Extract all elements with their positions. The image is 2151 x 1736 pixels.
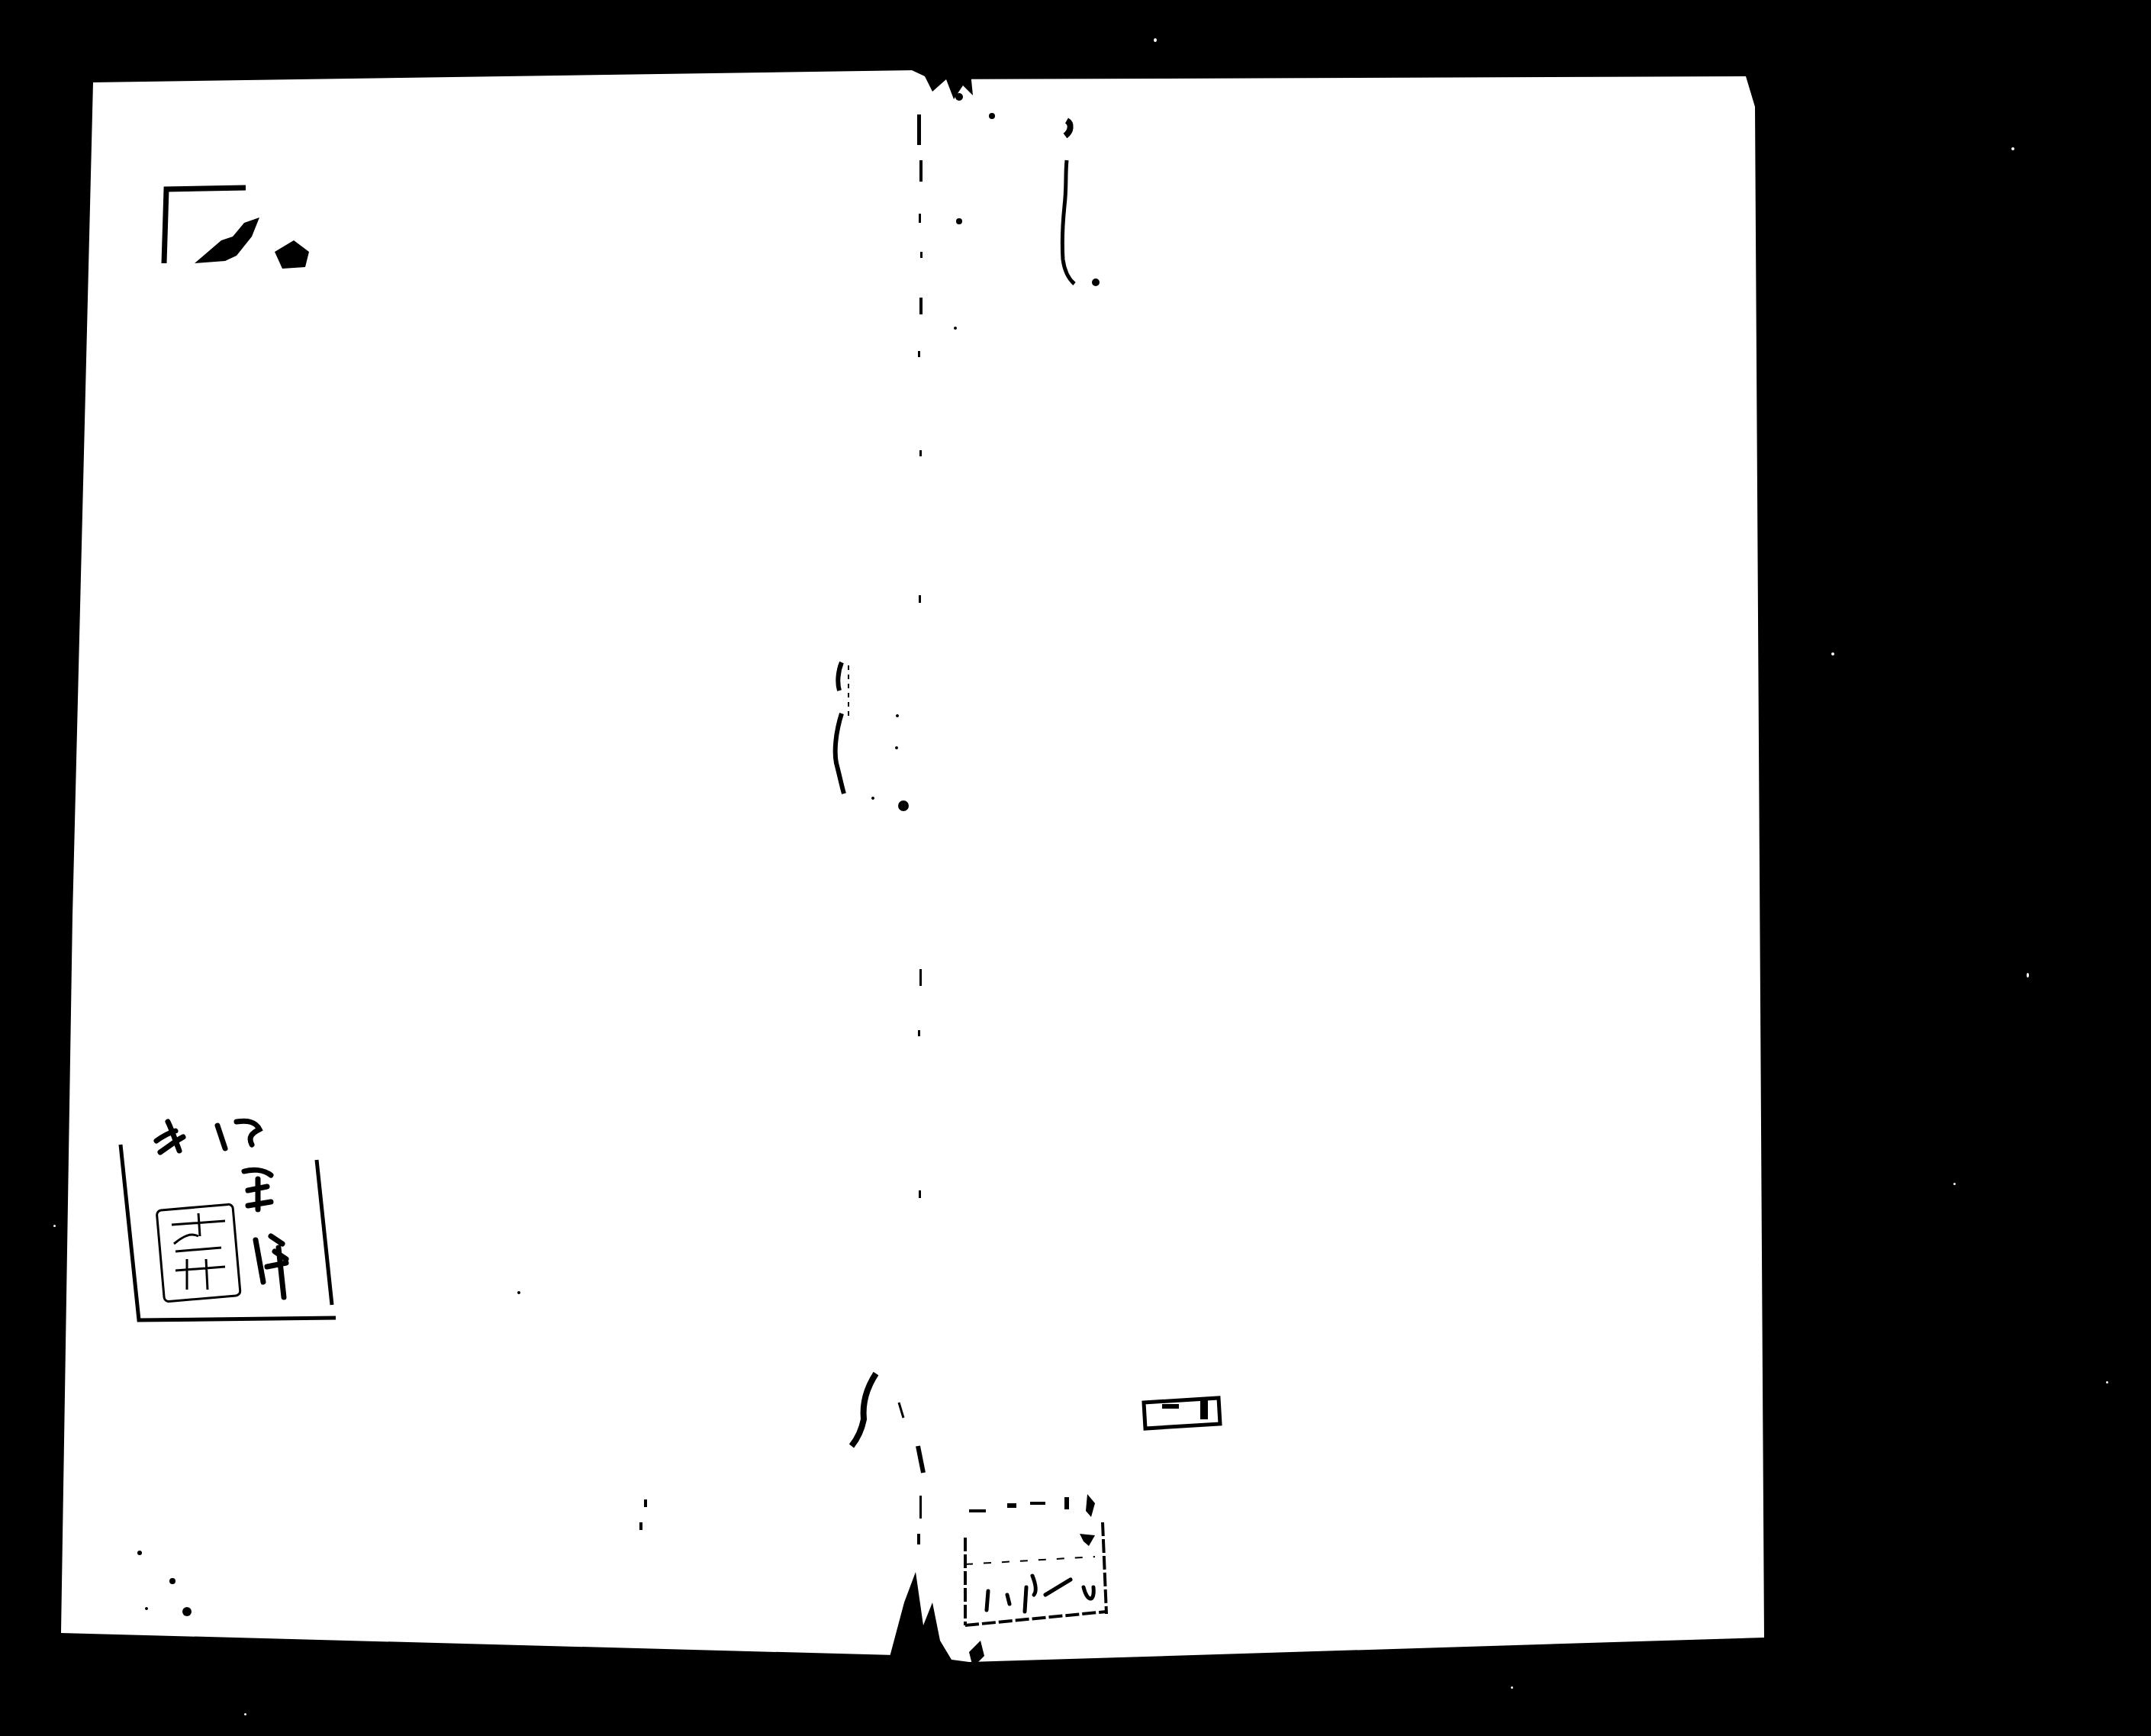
speck: [2106, 1381, 2108, 1383]
speck: [1831, 652, 1834, 655]
speck: [1511, 1686, 1513, 1689]
library-stamp: 2.16: [958, 1480, 1118, 1633]
scan-background: ぐ 寶宋評 / 伯佰 宋翻: [0, 0, 2151, 1736]
speck: [53, 1225, 56, 1227]
speck: [2011, 147, 2014, 150]
speck: [2027, 973, 2029, 978]
speck: [244, 1713, 246, 1715]
speck: [1154, 38, 1157, 42]
corner-bracket-mark: ぐ: [160, 183, 343, 275]
small-label: [1141, 1395, 1225, 1433]
title-slip: 寶宋評 / 伯佰 宋翻: [114, 1099, 343, 1335]
speck: [1953, 1183, 1956, 1185]
